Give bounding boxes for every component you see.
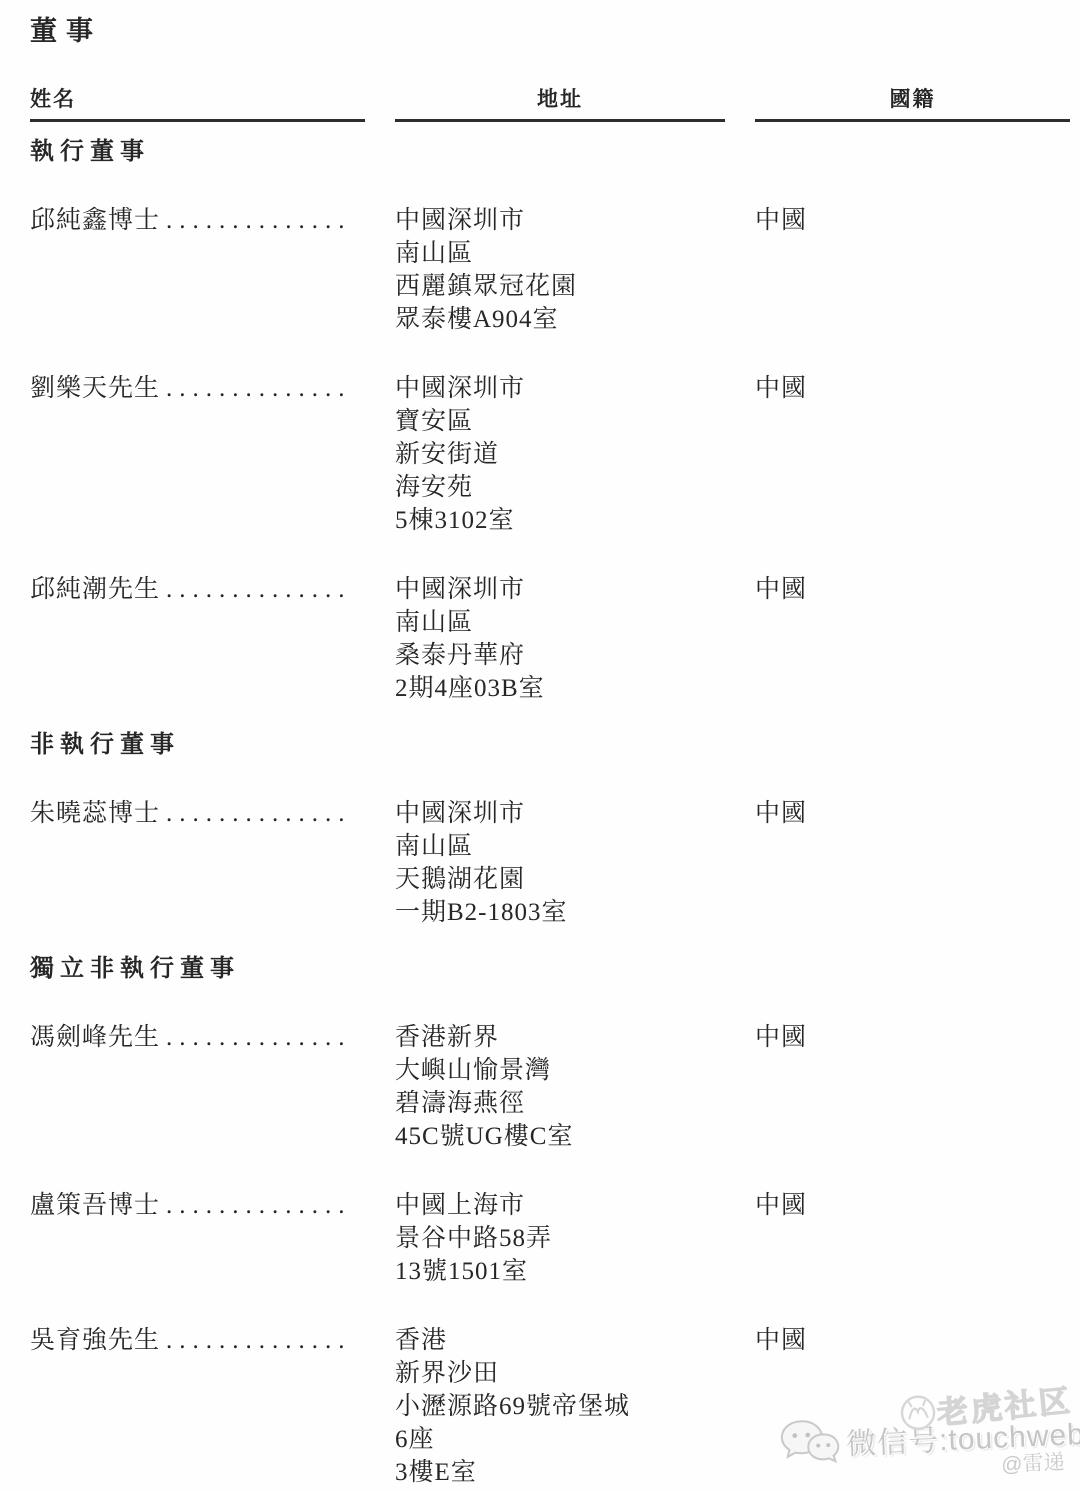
address-line: 西麗鎮眾冠花園 — [395, 270, 725, 303]
director-name-cell: 劉樂天先生 .............. — [30, 372, 365, 405]
address-line: 眾泰樓A904室 — [395, 303, 725, 336]
address-line: 香港 — [395, 1324, 725, 1357]
director-row: 劉樂天先生 .............. 中國深圳市寶安區新安街道海安苑5棟31… — [30, 372, 1070, 537]
dot-leader: .............. — [160, 573, 365, 606]
page-title: 董事 — [30, 14, 1070, 48]
director-name: 邱純潮先生 — [30, 573, 160, 606]
address-line: 中國深圳市 — [395, 372, 725, 405]
section-rows: 邱純鑫博士 .............. 中國深圳市南山區西麗鎮眾冠花園眾泰樓A… — [30, 204, 1070, 705]
director-name: 馮劍峰先生 — [30, 1021, 160, 1054]
address-line: 一期B2-1803室 — [395, 896, 725, 929]
director-address-cell: 香港新界大嶼山愉景灣碧濤海燕徑45C號UG樓C室 — [395, 1021, 725, 1153]
address-line: 碧濤海燕徑 — [395, 1087, 725, 1120]
address-line: 中國深圳市 — [395, 797, 725, 830]
section-rows: 朱曉蕊博士 .............. 中國深圳市南山區天鵝湖花園一期B2-1… — [30, 797, 1070, 929]
director-address-cell: 中國深圳市寶安區新安街道海安苑5棟3102室 — [395, 372, 725, 537]
section-rows: 馮劍峰先生 .............. 香港新界大嶼山愉景灣碧濤海燕徑45C號… — [30, 1021, 1070, 1489]
director-nationality: 中國 — [755, 573, 1070, 606]
address-line: 新界沙田 — [395, 1357, 725, 1390]
address-line: 大嶼山愉景灣 — [395, 1054, 725, 1087]
dot-leader: .............. — [160, 1021, 365, 1054]
address-line: 中國深圳市 — [395, 204, 725, 237]
director-name: 吳育強先生 — [30, 1324, 160, 1357]
column-header-address: 地址 — [395, 86, 725, 122]
address-line: 新安街道 — [395, 438, 725, 471]
address-line: 13號1501室 — [395, 1255, 725, 1288]
address-line: 桑泰丹華府 — [395, 639, 725, 672]
director-row: 盧策吾博士 .............. 中國上海市景谷中路58弄13號1501… — [30, 1189, 1070, 1288]
address-line: 6座 — [395, 1423, 725, 1456]
director-name: 朱曉蕊博士 — [30, 797, 160, 830]
address-line: 5棟3102室 — [395, 504, 725, 537]
prospectus-page: 董事 姓名 地址 國籍 執行董事 邱純鑫博士 .............. 中國… — [0, 0, 1080, 1489]
director-section: 非執行董事 朱曉蕊博士 .............. 中國深圳市南山區天鵝湖花園… — [30, 729, 1070, 929]
director-address-cell: 中國深圳市南山區桑泰丹華府2期4座03B室 — [395, 573, 725, 705]
address-line: 南山區 — [395, 237, 725, 270]
director-name-cell: 盧策吾博士 .............. — [30, 1189, 365, 1222]
director-row: 朱曉蕊博士 .............. 中國深圳市南山區天鵝湖花園一期B2-1… — [30, 797, 1070, 929]
address-line: 中國深圳市 — [395, 573, 725, 606]
director-name-cell: 邱純潮先生 .............. — [30, 573, 365, 606]
director-row: 邱純潮先生 .............. 中國深圳市南山區桑泰丹華府2期4座03… — [30, 573, 1070, 705]
address-line: 2期4座03B室 — [395, 672, 725, 705]
director-address-cell: 香港新界沙田小瀝源路69號帝堡城6座3樓E室 — [395, 1324, 725, 1489]
director-row: 邱純鑫博士 .............. 中國深圳市南山區西麗鎮眾冠花園眾泰樓A… — [30, 204, 1070, 336]
dot-leader: .............. — [160, 1324, 365, 1357]
column-header-nationality: 國籍 — [755, 86, 1070, 122]
address-line: 景谷中路58弄 — [395, 1222, 725, 1255]
address-line: 寶安區 — [395, 405, 725, 438]
director-nationality: 中國 — [755, 204, 1070, 237]
director-name: 邱純鑫博士 — [30, 204, 160, 237]
director-nationality: 中國 — [755, 1021, 1070, 1054]
section-heading: 獨立非執行董事 — [30, 953, 1070, 985]
director-row: 馮劍峰先生 .............. 香港新界大嶼山愉景灣碧濤海燕徑45C號… — [30, 1021, 1070, 1153]
director-name-cell: 邱純鑫博士 .............. — [30, 204, 365, 237]
address-line: 45C號UG樓C室 — [395, 1120, 725, 1153]
director-address-cell: 中國上海市景谷中路58弄13號1501室 — [395, 1189, 725, 1288]
address-line: 中國上海市 — [395, 1189, 725, 1222]
director-address-cell: 中國深圳市南山區西麗鎮眾冠花園眾泰樓A904室 — [395, 204, 725, 336]
directors-table-body: 執行董事 邱純鑫博士 .............. 中國深圳市南山區西麗鎮眾冠花… — [30, 136, 1070, 1489]
director-name-cell: 馮劍峰先生 .............. — [30, 1021, 365, 1054]
director-name: 劉樂天先生 — [30, 372, 160, 405]
address-line: 海安苑 — [395, 471, 725, 504]
address-line: 南山區 — [395, 830, 725, 863]
table-header-row: 姓名 地址 國籍 — [30, 86, 1070, 122]
dot-leader: .............. — [160, 1189, 365, 1222]
director-row: 吳育強先生 .............. 香港新界沙田小瀝源路69號帝堡城6座3… — [30, 1324, 1070, 1489]
address-line: 3樓E室 — [395, 1456, 725, 1489]
director-nationality: 中國 — [755, 797, 1070, 830]
director-nationality: 中國 — [755, 372, 1070, 405]
address-line: 香港新界 — [395, 1021, 725, 1054]
section-heading: 非執行董事 — [30, 729, 1070, 761]
column-header-name: 姓名 — [30, 86, 365, 122]
address-line: 南山區 — [395, 606, 725, 639]
director-name-cell: 朱曉蕊博士 .............. — [30, 797, 365, 830]
section-heading: 執行董事 — [30, 136, 1070, 168]
dot-leader: .............. — [160, 797, 365, 830]
director-nationality: 中國 — [755, 1324, 1070, 1357]
address-line: 小瀝源路69號帝堡城 — [395, 1390, 725, 1423]
director-nationality: 中國 — [755, 1189, 1070, 1222]
director-section: 獨立非執行董事 馮劍峰先生 .............. 香港新界大嶼山愉景灣碧… — [30, 953, 1070, 1489]
director-address-cell: 中國深圳市南山區天鵝湖花園一期B2-1803室 — [395, 797, 725, 929]
address-line: 天鵝湖花園 — [395, 863, 725, 896]
director-name: 盧策吾博士 — [30, 1189, 160, 1222]
director-name-cell: 吳育強先生 .............. — [30, 1324, 365, 1357]
dot-leader: .............. — [160, 204, 365, 237]
director-section: 執行董事 邱純鑫博士 .............. 中國深圳市南山區西麗鎮眾冠花… — [30, 136, 1070, 705]
dot-leader: .............. — [160, 372, 365, 405]
